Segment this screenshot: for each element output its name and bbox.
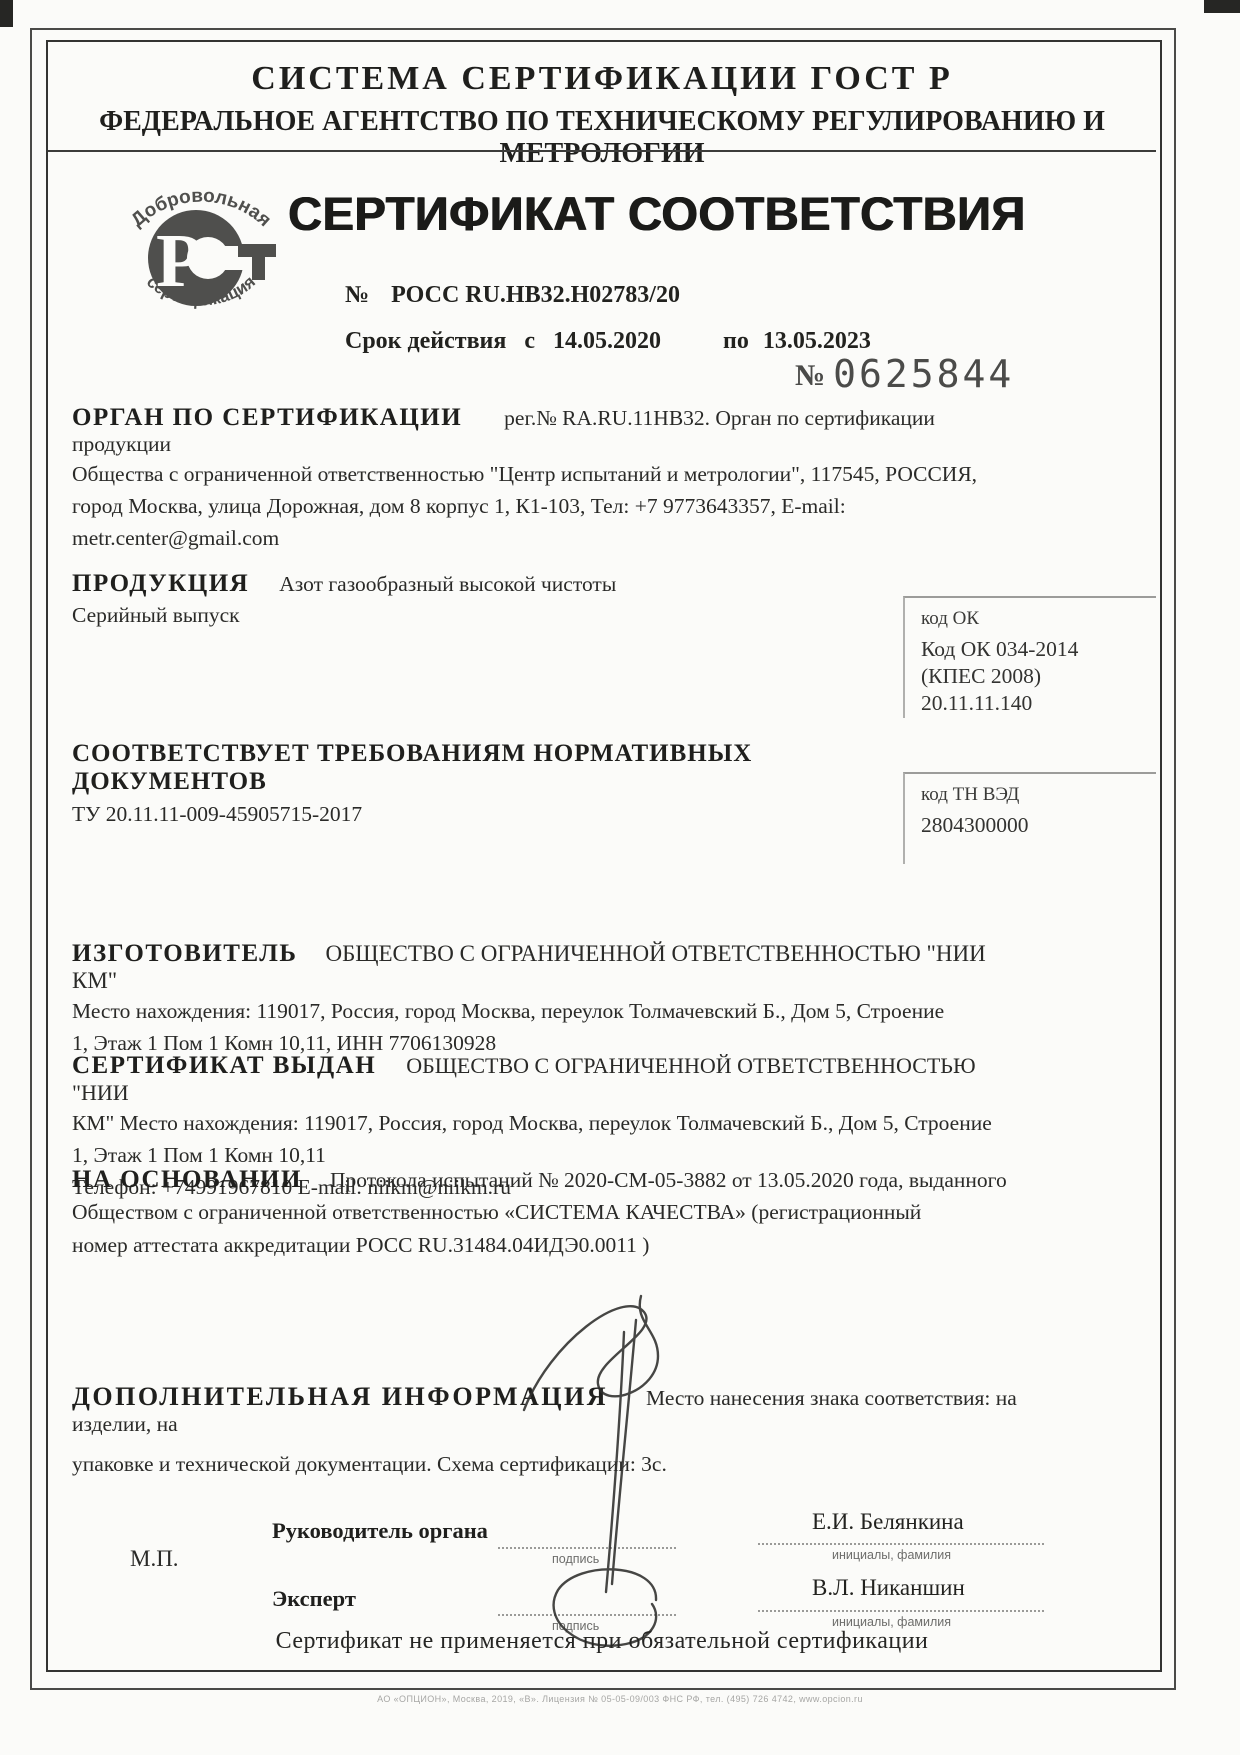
certificate-number-prefix: № — [345, 282, 369, 308]
certificate-footnote: Сертификат не применяется при обязательн… — [48, 1628, 1156, 1655]
ok-code-label: код ОК — [921, 608, 1156, 630]
product-name: Азот газообразный высокой чистоты — [279, 572, 616, 596]
product-label: ПРОДУКЦИЯ — [72, 570, 249, 597]
validity-from-label: с — [524, 328, 535, 354]
signatory-name: Е.И. Белянкина — [812, 1509, 964, 1535]
section-product: ПРОДУКЦИЯАзот газообразный высокой чисто… — [72, 570, 832, 630]
header-divider — [48, 150, 1156, 152]
signature-line — [498, 1614, 676, 1616]
issued-label: СЕРТИФИКАТ ВЫДАН — [72, 1052, 376, 1079]
name-line — [758, 1543, 1044, 1545]
section-manufacturer: ИЗГОТОВИТЕЛЬОБЩЕСТВО С ОГРАНИЧЕННОЙ ОТВЕ… — [72, 940, 1022, 1058]
ok-code-line: Код ОК 034-2014 — [921, 636, 1156, 663]
certificate-number: РОСС RU.НВ32.Н02783/20 — [391, 282, 680, 308]
org-text-line: город Москва, улица Дорожная, дом 8 корп… — [72, 492, 1032, 521]
validity-line: Срок действияс14.05.2020по13.05.2023 — [345, 328, 871, 355]
signature-line — [498, 1547, 676, 1549]
certificate-number-line: №РОСС RU.НВ32.Н02783/20 — [345, 282, 680, 309]
section-basis: НА ОСНОВАНИИПротокола испытаний № 2020-С… — [72, 1166, 1037, 1260]
basis-protocol: Протокола испытаний № 2020-СМ-05-3882 от… — [330, 1168, 1007, 1192]
issued-first-line: СЕРТИФИКАТ ВЫДАНОБЩЕСТВО С ОГРАНИЧЕННОЙ … — [72, 1052, 1032, 1106]
additional-text-line: упаковке и технической документации. Схе… — [72, 1450, 1037, 1479]
role-head-of-body: Руководитель органа — [272, 1518, 488, 1544]
validity-to-date: 13.05.2023 — [763, 328, 871, 354]
name-caption: инициалы, фамилия — [832, 1548, 951, 1562]
ok-code-box: код ОК Код ОК 034-2014 (КПЕС 2008) 20.11… — [903, 596, 1156, 718]
basis-text-line: Обществом с ограниченной ответственность… — [72, 1197, 1037, 1227]
validity-from-date: 14.05.2020 — [553, 328, 661, 354]
signature-caption: подпись — [552, 1552, 599, 1566]
tnved-value: 2804300000 — [921, 812, 1156, 839]
conformity-document: ТУ 20.11.11-009-45905715-2017 — [72, 802, 892, 827]
ok-code-line: 20.11.11.140 — [921, 690, 1156, 717]
org-first-line: ОРГАН ПО СЕРТИФИКАЦИИрег.№ RA.RU.11НВ32.… — [72, 404, 1032, 457]
svg-text:Р: Р — [156, 219, 202, 303]
additional-first-line: ДОПОЛНИТЕЛЬНАЯ ИНФОРМАЦИЯМесто нанесения… — [72, 1382, 1037, 1437]
manufacturer-first-line: ИЗГОТОВИТЕЛЬОБЩЕСТВО С ОГРАНИЧЕННОЙ ОТВЕ… — [72, 940, 1022, 994]
header-system-line: СИСТЕМА СЕРТИФИКАЦИИ ГОСТ Р — [48, 60, 1156, 98]
signatory-name: В.Л. Никаншин — [812, 1575, 965, 1601]
certificate-page: СИСТЕМА СЕРТИФИКАЦИИ ГОСТ Р ФЕДЕРАЛЬНОЕ … — [0, 0, 1240, 1755]
form-number: №0625844 — [795, 352, 1014, 396]
validity-label: Срок действия — [345, 328, 506, 354]
scan-artifact-top-left — [0, 0, 13, 27]
manufacturer-address-line: Место нахождения: 119017, Россия, город … — [72, 997, 1022, 1026]
product-first-line: ПРОДУКЦИЯАзот газообразный высокой чисто… — [72, 570, 832, 598]
role-expert: Эксперт — [272, 1586, 356, 1612]
rst-logo: Добровольная сертификация Р — [96, 162, 306, 334]
section-conformity: СООТВЕТСТВУЕТ ТРЕБОВАНИЯМ НОРМАТИВНЫХ ДО… — [72, 740, 892, 827]
name-caption: инициалы, фамилия — [832, 1615, 951, 1629]
basis-label: НА ОСНОВАНИИ — [72, 1166, 302, 1193]
scan-artifact-top-right — [1204, 0, 1240, 13]
form-number-prefix: № — [795, 359, 825, 392]
form-number-value: 0625844 — [833, 352, 1014, 396]
org-label: ОРГАН ПО СЕРТИФИКАЦИИ — [72, 404, 462, 431]
print-footer: АО «ОПЦИОН», Москва, 2019, «В». Лицензия… — [0, 1694, 1240, 1704]
additional-label: ДОПОЛНИТЕЛЬНАЯ ИНФОРМАЦИЯ — [72, 1382, 608, 1411]
org-text-line: Общества с ограниченной ответственностью… — [72, 460, 1032, 489]
stamp-placeholder: М.П. — [130, 1546, 179, 1572]
tnved-code-box: код ТН ВЭД 2804300000 — [903, 772, 1156, 864]
tnved-label: код ТН ВЭД — [921, 784, 1156, 806]
org-email: metr.center@gmail.com — [72, 524, 1032, 553]
certificate-title: СЕРТИФИКАТ СООТВЕТСТВИЯ — [288, 186, 1026, 241]
manufacturer-label: ИЗГОТОВИТЕЛЬ — [72, 940, 297, 967]
section-additional-info: ДОПОЛНИТЕЛЬНАЯ ИНФОРМАЦИЯМесто нанесения… — [72, 1382, 1037, 1479]
issued-address-line: КМ" Место нахождения: 119017, Россия, го… — [72, 1109, 1032, 1138]
product-release-type: Серийный выпуск — [72, 601, 832, 630]
name-line — [758, 1610, 1044, 1612]
ok-code-line: (КПЕС 2008) — [921, 663, 1156, 690]
basis-first-line: НА ОСНОВАНИИПротокола испытаний № 2020-С… — [72, 1166, 1037, 1194]
header-agency-line: ФЕДЕРАЛЬНОЕ АГЕНТСТВО ПО ТЕХНИЧЕСКОМУ РЕ… — [48, 106, 1156, 170]
validity-to-label: по — [723, 328, 749, 354]
basis-text-line: номер аттестата аккредитации РОСС RU.314… — [72, 1230, 1037, 1260]
conformity-label: СООТВЕТСТВУЕТ ТРЕБОВАНИЯМ НОРМАТИВНЫХ ДО… — [72, 740, 892, 796]
section-certification-body: ОРГАН ПО СЕРТИФИКАЦИИрег.№ RA.RU.11НВ32.… — [72, 404, 1032, 553]
